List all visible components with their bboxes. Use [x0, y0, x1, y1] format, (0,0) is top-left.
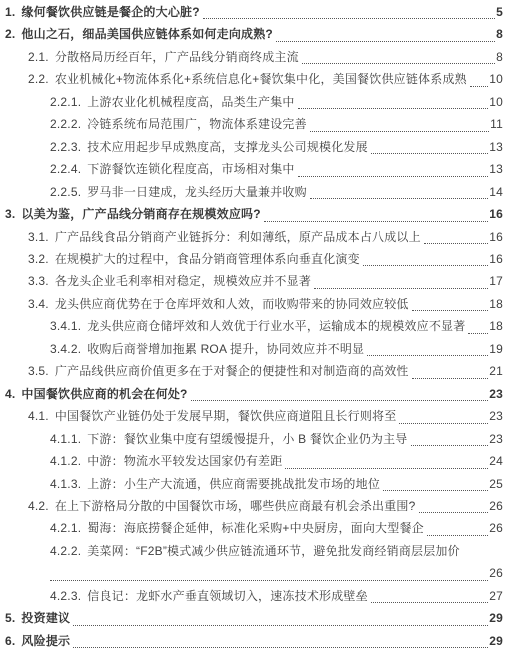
toc-dot-leader	[411, 445, 489, 446]
toc-entry-title: 广产品线食品分销商产业链拆分：利如薄纸，原产品成本占八成以上	[55, 226, 421, 248]
toc-dot-leader	[371, 153, 488, 154]
toc-dot-leader	[412, 310, 489, 311]
toc-entry[interactable]: 3.5. 广产品线供应商价值更多在于对餐企的便捷性和对制造商的高效性 21	[5, 360, 503, 382]
toc-page-number: 27	[489, 585, 503, 607]
toc-entry[interactable]: 2.2.5. 罗马非一日建成，龙头经历大量兼并收购 14	[5, 181, 503, 203]
toc-entry[interactable]: 3.3. 各龙头企业毛利率相对稳定，规模效应并不显著 17	[5, 270, 503, 292]
toc-entry[interactable]: 2.2.2. 冷链系统布局范围广，物流体系建设完善 11	[5, 113, 503, 135]
toc-entry[interactable]: 2.1. 分散格局历经百年，广产品线分销商终成主流 8	[5, 46, 503, 68]
toc-entry-title: 美菜网：“F2B”模式减少供应链流通环节，避免批发商经销商层层加价	[87, 540, 460, 562]
toc-entry-number: 2.2.1.	[50, 91, 81, 113]
toc-entry[interactable]: 2.2.1. 上游农业化机械程度高，品类生产集中 10	[5, 91, 503, 113]
toc-entry-number: 1.	[5, 1, 15, 23]
toc-dot-leader	[399, 423, 488, 424]
toc-dot-leader	[73, 625, 488, 626]
toc-entry[interactable]: 6. 风险提示 29	[5, 630, 503, 652]
toc-dot-leader	[412, 378, 489, 379]
toc-entry[interactable]: 3.2. 在规模扩大的过程中，食品分销商管理体系向垂直化演变 16	[5, 248, 503, 270]
toc-entry-title: 他山之石，细品美国供应链体系如何走向成熟?	[21, 23, 273, 45]
toc-entry-number: 4.2.3.	[50, 585, 81, 607]
toc-dot-leader	[302, 63, 495, 64]
toc-page: 1. 缘何餐饮供应链是餐企的大心脏? 5 2. 他山之石，细品美国供应链体系如何…	[0, 0, 509, 653]
toc-entry-number: 3.4.1.	[50, 315, 81, 337]
toc-page-number: 18	[489, 315, 503, 337]
toc-dot-leader	[363, 265, 488, 266]
toc-entry-title: 冷链系统布局范围广，物流体系建设完善	[87, 113, 307, 135]
toc-entry[interactable]: 5. 投资建议 29	[5, 607, 503, 629]
toc-dot-leader	[470, 86, 488, 87]
toc-entry-title: 中国餐饮供应商的机会在何处?	[21, 383, 187, 405]
toc-entry-title: 下游：餐饮业集中度有望缓慢提升，小 B 餐饮企业仍为主导	[87, 428, 407, 450]
toc-dot-leader	[371, 602, 488, 603]
toc-entry-title: 中国餐饮产业链仍处于发展早期，餐饮供应商道阻且长行则将至	[55, 405, 397, 427]
toc-entry-number: 2.2.2.	[50, 113, 81, 135]
toc-entry-number: 3.1.	[28, 226, 49, 248]
toc-entry[interactable]: 3.4.2. 收购后商誉增加拖累 ROA 提升，协同效应并不明显 19	[5, 338, 503, 360]
toc-entry-title: 以美为鉴，广产品线分销商存在规模效应吗?	[21, 203, 260, 225]
toc-page-number: 10	[489, 68, 503, 90]
toc-page-number: 26	[489, 495, 503, 517]
toc-page-number: 19	[489, 338, 503, 360]
toc-dot-leader	[424, 243, 488, 244]
toc-entry[interactable]: 2. 他山之石，细品美国供应链体系如何走向成熟? 8	[5, 23, 503, 45]
toc-page-number: 11	[490, 113, 503, 135]
toc-entry[interactable]: 4.1.1. 下游：餐饮业集中度有望缓慢提升，小 B 餐饮企业仍为主导 23	[5, 428, 503, 450]
toc-entry-number: 2.2.	[28, 68, 49, 90]
toc-entry-title: 下游餐饮连锁化程度高，市场相对集中	[87, 158, 294, 180]
toc-page-number: 13	[489, 158, 503, 180]
toc-entry-title: 罗马非一日建成，龙头经历大量兼并收购	[87, 181, 307, 203]
toc-page-number: 23	[489, 428, 503, 450]
toc-entry[interactable]: 2.2.3. 技术应用起步早成熟度高，支撑龙头公司规模化发展 13	[5, 136, 503, 158]
toc-entry-title: 上游：小生产大流通，供应商需要挑战批发市场的地位	[87, 473, 380, 495]
toc-entry-title: 投资建议	[21, 607, 70, 629]
toc-dot-leader	[276, 41, 495, 42]
toc-entry-number: 5.	[5, 607, 15, 629]
toc-page-number: 25	[489, 473, 503, 495]
toc-entry-number: 4.2.1.	[50, 517, 81, 539]
toc-entry-number: 3.5.	[28, 360, 49, 382]
toc-page-number: 23	[489, 405, 503, 427]
toc-entry-title: 广产品线供应商价值更多在于对餐企的便捷性和对制造商的高效性	[55, 360, 409, 382]
toc-entry-number: 3.3.	[28, 270, 49, 292]
toc-list: 1. 缘何餐饮供应链是餐企的大心脏? 5 2. 他山之石，细品美国供应链体系如何…	[5, 1, 503, 652]
toc-entry-number: 2.1.	[28, 46, 49, 68]
toc-page-number: 16	[489, 248, 503, 270]
toc-dot-leader	[298, 108, 489, 109]
toc-entry-title: 风险提示	[21, 630, 70, 652]
toc-entry[interactable]: 3.4. 龙头供应商优势在于仓库坪效和人效，而收购带来的协同效应较低 18	[5, 293, 503, 315]
toc-entry-number: 2.2.3.	[50, 136, 81, 158]
toc-entry-number: 6.	[5, 630, 15, 652]
toc-entry[interactable]: 2.2. 农业机械化+物流体系化+系统信息化+餐饮集中化，美国餐饮供应链体系成熟…	[5, 68, 503, 90]
toc-entry[interactable]: 4.2.3. 信良记：龙虾水产垂直领域切入，速冻技术形成壁垒 27	[5, 585, 503, 607]
toc-entry[interactable]: 4.2.1. 蜀海：海底捞餐企延伸，标准化采购+中央厨房，面向大型餐企 26	[5, 517, 503, 539]
toc-entry-title: 在规模扩大的过程中，食品分销商管理体系向垂直化演变	[55, 248, 360, 270]
toc-entry[interactable]: 3.4.1. 龙头供应商仓储坪效和人效优于行业水平，运输成本的规模效应不显著 1…	[5, 315, 503, 337]
toc-page-number: 23	[489, 383, 503, 405]
toc-dot-leader	[468, 333, 488, 334]
toc-dot-leader	[310, 198, 488, 199]
toc-entry[interactable]: 4.2.2. 美菜网：“F2B”模式减少供应链流通环节，避免批发商经销商层层加价…	[5, 540, 503, 585]
toc-entry[interactable]: 4.1.2. 中游：物流水平较发达国家仍有差距 24	[5, 450, 503, 472]
toc-entry[interactable]: 3.1. 广产品线食品分销商产业链拆分：利如薄纸，原产品成本占八成以上 16	[5, 226, 503, 248]
toc-dot-leader	[203, 18, 495, 19]
toc-page-number: 13	[489, 136, 503, 158]
toc-entry-number: 2.2.5.	[50, 181, 81, 203]
toc-entry[interactable]: 4.1.3. 上游：小生产大流通，供应商需要挑战批发市场的地位 25	[5, 473, 503, 495]
toc-entry-number: 4.2.	[28, 495, 49, 517]
toc-entry-number: 3.4.	[28, 293, 49, 315]
toc-dot-leader	[298, 176, 489, 177]
toc-page-number: 26	[489, 562, 503, 584]
toc-page-number: 18	[489, 293, 503, 315]
toc-entry[interactable]: 4.2. 在上下游格局分散的中国餐饮市场，哪些供应商最有机会杀出重围? 26	[5, 495, 503, 517]
toc-entry-title: 蜀海：海底捞餐企延伸，标准化采购+中央厨房，面向大型餐企	[87, 517, 424, 539]
toc-page-number: 17	[489, 270, 503, 292]
toc-entry-number: 2.	[5, 23, 15, 45]
toc-page-number: 8	[496, 46, 503, 68]
toc-entry-title: 信良记：龙虾水产垂直领域切入，速冻技术形成壁垒	[87, 585, 368, 607]
toc-dot-leader	[191, 400, 489, 401]
toc-entry[interactable]: 3. 以美为鉴，广产品线分销商存在规模效应吗? 16	[5, 203, 503, 225]
toc-page-number: 10	[489, 91, 503, 113]
toc-page-number: 26	[489, 517, 503, 539]
toc-dot-leader	[314, 288, 488, 289]
toc-entry-number: 3.	[5, 203, 15, 225]
toc-page-number: 16	[489, 226, 503, 248]
toc-entry[interactable]: 4.1. 中国餐饮产业链仍处于发展早期，餐饮供应商道阻且长行则将至 23	[5, 405, 503, 427]
toc-page-number: 14	[489, 181, 503, 203]
toc-entry-number: 3.4.2.	[50, 338, 81, 360]
toc-page-number: 21	[489, 360, 503, 382]
toc-dot-leader	[50, 580, 488, 581]
toc-entry-title: 中游：物流水平较发达国家仍有差距	[87, 450, 282, 472]
toc-entry[interactable]: 2.2.4. 下游餐饮连锁化程度高，市场相对集中 13	[5, 158, 503, 180]
toc-entry-number: 4.1.1.	[50, 428, 81, 450]
toc-entry-title: 农业机械化+物流体系化+系统信息化+餐饮集中化，美国餐饮供应链体系成熟	[55, 68, 467, 90]
toc-entry[interactable]: 4. 中国餐饮供应商的机会在何处? 23	[5, 383, 503, 405]
toc-dot-leader	[310, 131, 489, 132]
toc-entry-title: 收购后商誉增加拖累 ROA 提升，协同效应并不明显	[87, 338, 364, 360]
toc-entry-title: 龙头供应商仓储坪效和人效优于行业水平，运输成本的规模效应不显著	[87, 315, 465, 337]
toc-entry-number: 4.1.2.	[50, 450, 81, 472]
toc-dot-leader	[264, 221, 488, 222]
toc-entry-title: 龙头供应商优势在于仓库坪效和人效，而收购带来的协同效应较低	[55, 293, 409, 315]
toc-dot-leader	[73, 647, 488, 648]
toc-entry[interactable]: 1. 缘何餐饮供应链是餐企的大心脏? 5	[5, 1, 503, 23]
toc-page-number: 8	[496, 23, 503, 45]
toc-entry-title: 缘何餐饮供应链是餐企的大心脏?	[21, 1, 199, 23]
toc-dot-leader	[285, 468, 488, 469]
toc-page-number: 16	[489, 203, 503, 225]
toc-page-number: 29	[489, 607, 503, 629]
toc-dot-leader	[367, 355, 488, 356]
toc-entry-number: 2.2.4.	[50, 158, 81, 180]
toc-entry-title: 技术应用起步早成熟度高，支撑龙头公司规模化发展	[87, 136, 368, 158]
toc-entry-number: 4.1.3.	[50, 473, 81, 495]
toc-entry-title: 在上下游格局分散的中国餐饮市场，哪些供应商最有机会杀出重围?	[55, 495, 416, 517]
toc-entry-number: 4.1.	[28, 405, 49, 427]
toc-entry-number: 4.2.2.	[50, 540, 81, 562]
toc-page-number: 29	[489, 630, 503, 652]
toc-entry-title: 上游农业化机械程度高，品类生产集中	[87, 91, 294, 113]
toc-dot-leader	[419, 512, 489, 513]
toc-page-number: 5	[496, 1, 503, 23]
toc-entry-title: 分散格局历经百年，广产品线分销商终成主流	[55, 46, 299, 68]
toc-dot-leader	[427, 535, 488, 536]
toc-entry-title: 各龙头企业毛利率相对稳定，规模效应并不显著	[55, 270, 311, 292]
toc-entry-number: 3.2.	[28, 248, 49, 270]
toc-entry-number: 4.	[5, 383, 15, 405]
toc-dot-leader	[383, 490, 488, 491]
toc-page-number: 24	[489, 450, 503, 472]
